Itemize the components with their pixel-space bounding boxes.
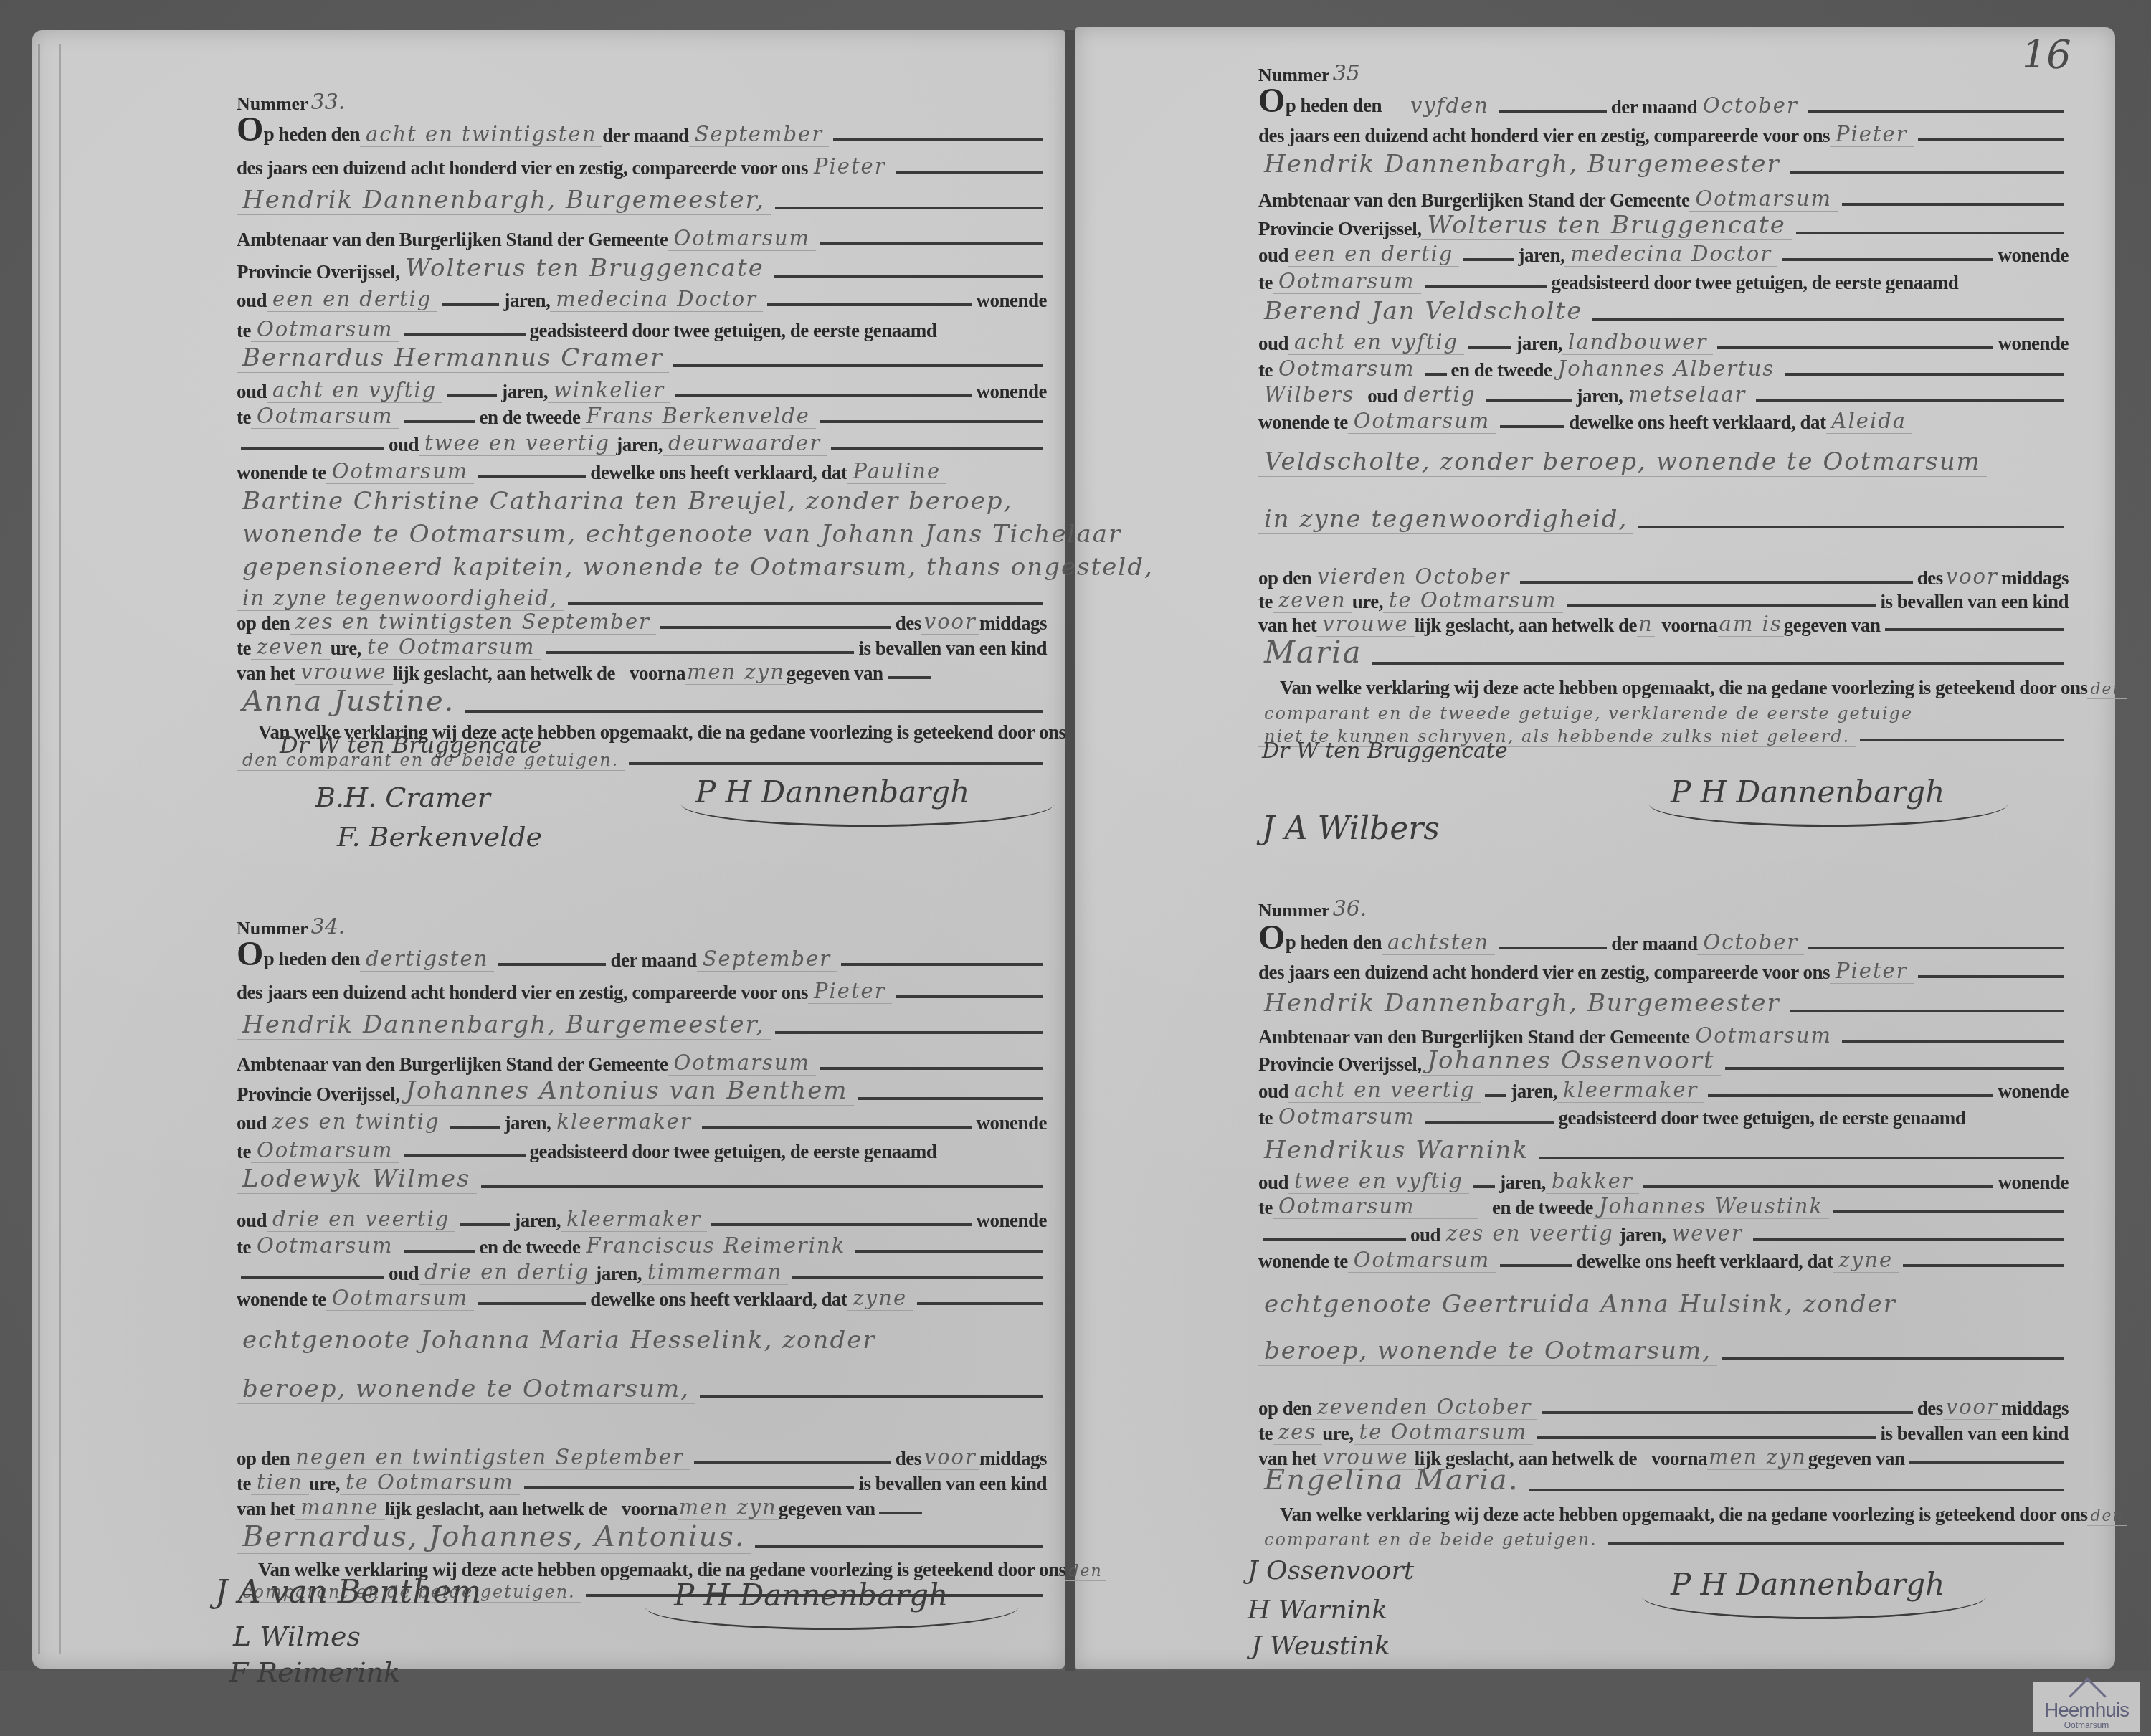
blank-rule bbox=[1520, 581, 1912, 584]
year-phrase: des jaars een duizend acht honderd vier … bbox=[1258, 962, 1830, 984]
blank-rule bbox=[1539, 1157, 2064, 1159]
geadsisteerd-label: geadsisteerd door twee getuigen, de eers… bbox=[530, 320, 937, 342]
witness2-line: te Ootmarsum en de tweede Johannes Alber… bbox=[1258, 353, 2069, 381]
witness1-age: acht en vyftig bbox=[267, 378, 442, 403]
book-gutter bbox=[1065, 30, 1075, 1672]
declaration-line: wonende te Ootmarsum dewelke ons heeft v… bbox=[237, 1282, 1047, 1311]
declaration-line: wonende te Ootmarsum dewelke ons heeft v… bbox=[1258, 1244, 2069, 1273]
child-name: Anna Justine. bbox=[237, 685, 460, 718]
wonende-label: wonende bbox=[976, 1112, 1047, 1134]
official-line: Hendrik Dannenbargh, Burgemeester bbox=[1258, 990, 2069, 1018]
official-name-title: Hendrik Dannenbargh, Burgemeester bbox=[1258, 989, 1786, 1018]
blank-rule bbox=[841, 963, 1043, 966]
blank-rule bbox=[896, 171, 1043, 174]
der-maand-label: der maand bbox=[610, 949, 696, 972]
year-line: des jaars een duizend acht honderd vier … bbox=[1258, 955, 2069, 984]
child-name-line: Anna Justine. bbox=[237, 690, 1047, 718]
witness2-age-line: oud drie en dertig jaren, timmerman bbox=[237, 1256, 1047, 1285]
statement-line-1: echtgenoote Johanna Maria Hesselink, zon… bbox=[237, 1327, 1047, 1355]
provincie-label: Provincie Overijssel, bbox=[1258, 1053, 1421, 1076]
declarant-occupation: medecina Doctor bbox=[550, 287, 763, 312]
closing-line: Van welke verklaring wij deze acte hebbe… bbox=[1258, 670, 2069, 699]
mother-first: zyne bbox=[847, 1286, 913, 1311]
child-name: Bernardus, Johannes, Antonius. bbox=[237, 1520, 751, 1554]
record-34: Nummer 34. Op heden den dertigsten der m… bbox=[237, 911, 1047, 1628]
statement-text: in zyne tegenwoordigheid, bbox=[1258, 505, 1633, 534]
blank-rule bbox=[1708, 1094, 1993, 1097]
oud-label: oud bbox=[1410, 1224, 1440, 1246]
te-label: te bbox=[237, 1236, 251, 1258]
witness1-name: Lodewyk Wilmes bbox=[237, 1165, 477, 1194]
oud-label: oud bbox=[237, 290, 267, 312]
gemeente-line: Ambtenaar van den Burgerlijken Stand der… bbox=[237, 222, 1047, 251]
statement-line-3: gepensioneerd kapitein, wonende te Ootma… bbox=[237, 554, 1047, 582]
geadsisteerd-label: geadsisteerd door twee getuigen, de eers… bbox=[530, 1141, 937, 1163]
blank-rule bbox=[896, 995, 1043, 998]
blank-rule bbox=[498, 963, 606, 966]
blank-rule bbox=[855, 1250, 1043, 1253]
birth-date-line: op den negen en twintigsten September de… bbox=[237, 1441, 1047, 1470]
witness1-occupation: landbouwer bbox=[1562, 330, 1713, 355]
op-heden-label: Op heden den bbox=[237, 113, 360, 147]
blank-rule bbox=[1717, 346, 1993, 349]
child-name-line: Engelina Maria. bbox=[1258, 1469, 2069, 1497]
de-suffix: n bbox=[1637, 612, 1655, 637]
jaren-label: jaren, bbox=[503, 290, 550, 312]
witness2-name: Johannes Weustink bbox=[1593, 1194, 1829, 1219]
signature-reimerink: F Reimerink bbox=[229, 1656, 400, 1688]
date-line: Op heden den achtsten der maand October bbox=[1258, 926, 2069, 955]
blank-rule bbox=[1909, 1461, 2064, 1464]
blank-rule bbox=[831, 447, 1043, 450]
statement-text: beroep, wonende te Ootmarsum, bbox=[237, 1375, 695, 1404]
mother-first: zyne bbox=[1833, 1248, 1899, 1273]
statement-text: echtgenoote Geertruida Anna Hulsink, zon… bbox=[1258, 1290, 1902, 1319]
record-number-line: Nummer 36. bbox=[1258, 893, 2069, 921]
blank-rule bbox=[1638, 526, 2064, 528]
child-name-line: Bernardus, Johannes, Antonius. bbox=[237, 1525, 1047, 1554]
der-maand-label: der maand bbox=[602, 125, 688, 147]
blank-rule bbox=[241, 1276, 384, 1279]
te-label: te bbox=[1258, 1197, 1273, 1219]
witness2-line: te Ootmarsum en de tweede Frans Berkenve… bbox=[237, 400, 1047, 429]
en-de-tweede-label: en de tweede bbox=[1492, 1197, 1593, 1219]
gemeente-value: Ootmarsum bbox=[668, 226, 816, 251]
witness1-age-line: oud drie en veertig jaren, kleermaker wo… bbox=[237, 1203, 1047, 1232]
op-heden-label: Op heden den bbox=[237, 937, 360, 972]
signed-by-suffix: den bbox=[2087, 680, 2127, 699]
witness2-line: te Ootmarsum en de tweede Johannes Weust… bbox=[1258, 1190, 2069, 1219]
wonende-label: wonende bbox=[1998, 245, 2069, 267]
op-heden-label: Op heden den bbox=[1258, 921, 1382, 955]
signature-weustink: J Weustink bbox=[1251, 1631, 1390, 1661]
witness2-age-line: oud twee en veertig jaren, deurwaarder bbox=[237, 427, 1047, 456]
wonende-te-label: wonende te bbox=[237, 1289, 326, 1311]
official-first-name: Pieter bbox=[1830, 122, 1914, 147]
witness2-age-line: Wilbers oud dertig jaren, metselaar bbox=[1258, 379, 2069, 407]
signature-cramer: B.H. Cramer bbox=[315, 782, 490, 813]
blank-rule bbox=[1842, 203, 2064, 206]
child-sex: manne bbox=[295, 1495, 384, 1520]
blank-rule bbox=[792, 1276, 1043, 1279]
blank-rule bbox=[1785, 373, 2064, 376]
blank-rule bbox=[1263, 1238, 1406, 1241]
birth-date-line: op den zevenden October des voor middags bbox=[1258, 1391, 2069, 1420]
witness2-name-part1: Johannes Albertus bbox=[1552, 356, 1781, 381]
witness1-line: Berend Jan Veldscholte bbox=[1258, 298, 2069, 326]
signed-by-suffix: den bbox=[1065, 1562, 1105, 1581]
gemeente-value: Ootmarsum bbox=[668, 1050, 816, 1076]
gegeven-van-label: gegeven van bbox=[1808, 1448, 1905, 1470]
signature-van-benthem: J A van Benthem bbox=[215, 1574, 481, 1611]
jaren-label: jaren, bbox=[1620, 1224, 1666, 1246]
record-36: Nummer 36. Op heden den achtsten der maa… bbox=[1258, 889, 2069, 1606]
blank-rule bbox=[820, 420, 1043, 423]
year-phrase: des jaars een duizend acht honderd vier … bbox=[237, 157, 808, 179]
blank-rule bbox=[1372, 662, 2064, 665]
date-line: Op heden den vyfden der maand October bbox=[1258, 90, 2069, 118]
blank-rule bbox=[241, 447, 384, 450]
declarant-name: Wolterus ten Bruggencate bbox=[399, 254, 769, 283]
gegeven-van-label: gegeven van bbox=[1784, 615, 1881, 637]
statement-line-1: Veldscholte, zonder beroep, wonende te O… bbox=[1258, 448, 2069, 477]
month-value: October bbox=[1697, 93, 1804, 118]
blank-rule bbox=[1790, 1010, 2064, 1012]
birth-date-line: op den zes en twintigsten September des … bbox=[237, 606, 1047, 635]
official-name-title: Hendrik Dannenbargh, Burgemeester, bbox=[237, 186, 771, 215]
birth-hour-line: te zeven ure, te Ootmarsum is bevallen v… bbox=[237, 631, 1047, 660]
record-number: 33. bbox=[311, 90, 346, 115]
te-label: te bbox=[1258, 1107, 1273, 1129]
signature-flourish bbox=[1642, 1574, 1986, 1619]
signature-ten-bruggencate: Dr W ten Bruggencate bbox=[1262, 739, 1508, 764]
blank-rule bbox=[917, 1302, 1043, 1305]
wonende-te-label: wonende te bbox=[1258, 412, 1348, 434]
signed-by-line: comparant en de beide getuigen. bbox=[1258, 1522, 2069, 1550]
statement-line-2: beroep, wonende te Ootmarsum, bbox=[237, 1375, 1047, 1404]
blank-rule bbox=[1567, 604, 1876, 607]
gegeven-van-label: gegeven van bbox=[787, 663, 883, 685]
statement-line-1: Bartine Christine Catharina ten Breujel,… bbox=[237, 488, 1047, 516]
record-35: Nummer 35 Op heden den vyfden der maand … bbox=[1258, 50, 2069, 839]
witness1-line: Bernardus Hermannus Cramer bbox=[237, 344, 1047, 373]
official-line: Hendrik Dannenbargh, Burgemeester, bbox=[237, 186, 1047, 215]
ambtenaar-label: Ambtenaar van den Burgerlijken Stand der… bbox=[237, 229, 668, 251]
provincie-label: Provincie Overijssel, bbox=[237, 1083, 399, 1106]
statement-line-1: echtgenoote Geertruida Anna Hulsink, zon… bbox=[1258, 1291, 2069, 1319]
blank-rule bbox=[1537, 1436, 1876, 1439]
witness1-age-line: oud acht en vyftig jaren, winkelier wone… bbox=[237, 374, 1047, 403]
residence-line: te Ootmarsum geadsisteerd door twee getu… bbox=[237, 313, 1047, 342]
official-name-title: Hendrik Dannenbargh, Burgemeester bbox=[1258, 150, 1786, 179]
witness1-name: Hendrikus Warnink bbox=[1258, 1136, 1534, 1165]
declarant-occupation: kleermaker bbox=[551, 1109, 697, 1134]
blank-rule bbox=[1499, 947, 1607, 949]
blank-rule bbox=[1542, 1411, 1912, 1414]
watermark-title: Heemhuis bbox=[2033, 1699, 2140, 1722]
jaren-label: jaren, bbox=[1518, 245, 1564, 267]
signature-berkenvelde: F. Berkenvelde bbox=[337, 821, 542, 853]
declarant-age: een en dertig bbox=[1288, 242, 1459, 267]
record-number: 35 bbox=[1333, 61, 1360, 86]
te-label: te bbox=[1258, 272, 1273, 294]
statement-text: wonende te Ootmarsum, echtgenoote van Jo… bbox=[237, 520, 1127, 549]
dewelke-label: dewelke ons heeft verklaard, dat bbox=[1569, 412, 1825, 434]
blank-rule bbox=[1756, 399, 2064, 402]
signed-by: comparant en de beide getuigen. bbox=[1258, 1529, 1603, 1550]
declarant-name: Johannes Ossenvoort bbox=[1421, 1046, 1720, 1076]
statement-text: beroep, wonende te Ootmarsum, bbox=[1258, 1337, 1717, 1366]
statement-text: echtgenoote Johanna Maria Hesselink, zon… bbox=[237, 1326, 882, 1355]
mother-first: Pauline bbox=[847, 459, 947, 484]
voorna-label: voorna bbox=[1651, 1448, 1707, 1470]
witness2-name: Franciscus Reimerink bbox=[581, 1233, 852, 1258]
geadsisteerd-label: geadsisteerd door twee getuigen, de eers… bbox=[1559, 1107, 1966, 1129]
witness1-occupation: kleermaker bbox=[561, 1207, 707, 1232]
te-label: te bbox=[237, 1141, 251, 1163]
oud-label: oud bbox=[1258, 333, 1288, 355]
witness2-line: te Ootmarsum en de tweede Franciscus Rei… bbox=[237, 1230, 1047, 1258]
blank-rule bbox=[546, 651, 855, 654]
signature-flourish bbox=[645, 1585, 1018, 1630]
blank-rule bbox=[1918, 975, 2064, 978]
statement-text: Bartine Christine Catharina ten Breujel,… bbox=[237, 487, 1018, 516]
statement-line-2: beroep, wonende te Ootmarsum, bbox=[1258, 1337, 2069, 1366]
blank-rule bbox=[1722, 1357, 2064, 1360]
wonende-label: wonende bbox=[1998, 333, 2069, 355]
jaren-label: jaren, bbox=[1511, 1081, 1557, 1103]
wonende-label: wonende bbox=[976, 1210, 1047, 1232]
sex-line: van het vrouwe lijk geslacht, aan hetwel… bbox=[237, 656, 1047, 685]
blank-rule bbox=[568, 602, 1043, 605]
blank-rule bbox=[1833, 1210, 2064, 1213]
witness2-name: Frans Berkenvelde bbox=[581, 404, 816, 429]
date-line: Op heden den acht en twintigsten der maa… bbox=[237, 118, 1047, 147]
declarant-name: Wolterus ten Bruggencate bbox=[1421, 211, 1791, 240]
blank-rule bbox=[1499, 110, 1607, 113]
witness2-occupation: deurwaarder bbox=[663, 431, 827, 456]
blank-rule bbox=[1842, 1040, 2064, 1043]
declarant-line: Provincie Overijssel, Wolterus ten Brugg… bbox=[1258, 212, 2069, 240]
witness1-age-line: oud twee en vyftig jaren, bakker wonende bbox=[1258, 1165, 2069, 1194]
witness1-name: Bernardus Hermannus Cramer bbox=[237, 343, 669, 373]
witness2-residence: Ootmarsum bbox=[1348, 1248, 1496, 1273]
blank-rule bbox=[481, 1185, 1043, 1188]
record-number-line: Nummer 33. bbox=[237, 86, 1047, 115]
child-name-line: Maria bbox=[1258, 642, 2069, 670]
witness1-occupation: winkelier bbox=[548, 378, 670, 403]
residence-line: te Ootmarsum geadsisteerd door twee getu… bbox=[1258, 1101, 2069, 1129]
blank-rule bbox=[1425, 285, 1547, 288]
declarant-age: een en dertig bbox=[267, 287, 437, 312]
dewelke-label: dewelke ons heeft verklaard, dat bbox=[590, 462, 847, 484]
der-maand-label: der maand bbox=[1611, 933, 1697, 955]
blank-rule bbox=[879, 1512, 922, 1514]
year-line: des jaars een duizend acht honderd vier … bbox=[237, 151, 1047, 179]
blank-rule bbox=[447, 394, 497, 397]
declarant-residence: Ootmarsum bbox=[251, 1138, 399, 1163]
record-number-line: Nummer 34. bbox=[237, 911, 1047, 939]
jaren-label: jaren, bbox=[1516, 333, 1562, 355]
signature-flourish bbox=[1649, 782, 2008, 827]
voorna-label: voorna bbox=[630, 663, 685, 685]
blank-rule bbox=[820, 242, 1043, 245]
official-line: Hendrik Dannenbargh, Burgemeester, bbox=[237, 1011, 1047, 1040]
month-value: September bbox=[689, 122, 830, 147]
wonende-te-label: wonende te bbox=[1258, 1251, 1348, 1273]
official-name-title: Hendrik Dannenbargh, Burgemeester, bbox=[237, 1010, 771, 1040]
blank-rule bbox=[1468, 346, 1511, 349]
declarant-occupation: kleermaker bbox=[1557, 1078, 1704, 1103]
blank-rule bbox=[775, 1031, 1043, 1034]
record-number: 36. bbox=[1333, 896, 1367, 921]
year-line: des jaars een duizend acht honderd vier … bbox=[237, 975, 1047, 1004]
der-maand-label: der maand bbox=[1611, 96, 1697, 118]
declarant-age: acht en veertig bbox=[1288, 1078, 1481, 1103]
witness1-residence: Ootmarsum bbox=[251, 404, 399, 429]
witness1-age: acht en vyftig bbox=[1288, 330, 1464, 355]
gemeente-value: Ootmarsum bbox=[1689, 186, 1838, 212]
blank-rule bbox=[1796, 232, 2064, 234]
blank-rule bbox=[1463, 258, 1514, 261]
blank-rule bbox=[1753, 1238, 2064, 1241]
oud-label: oud bbox=[1258, 1081, 1288, 1103]
blank-rule bbox=[694, 1461, 891, 1464]
sex-line: van het manne lijk geslacht, aan hetwelk… bbox=[237, 1491, 1047, 1520]
geadsisteerd-label: geadsisteerd door twee getuigen, de eers… bbox=[1552, 272, 1959, 294]
blank-rule bbox=[629, 762, 1043, 765]
year-phrase: des jaars een duizend acht honderd vier … bbox=[1258, 125, 1830, 147]
blank-rule bbox=[404, 420, 475, 423]
en-de-tweede-label: en de tweede bbox=[480, 407, 581, 429]
declarant-line: Provincie Overijssel, Johannes Ossenvoor… bbox=[1258, 1047, 2069, 1076]
month-value: October bbox=[1697, 930, 1804, 955]
witness1-residence: Ootmarsum bbox=[1273, 356, 1421, 381]
blank-rule bbox=[460, 1223, 510, 1226]
jaren-label: jaren, bbox=[1576, 385, 1623, 407]
sex-line: van het vrouwe lijk geslacht, aan hetwel… bbox=[1258, 608, 2069, 637]
gemeente-line: Ambtenaar van den Burgerlijken Stand der… bbox=[1258, 1020, 2069, 1048]
blank-rule bbox=[702, 1126, 972, 1129]
blank-rule bbox=[450, 1126, 500, 1129]
provincie-label: Provincie Overijssel, bbox=[237, 261, 399, 283]
date-line: Op heden den dertigsten der maand Septem… bbox=[237, 943, 1047, 972]
heemhuis-watermark: Heemhuis Ootmarsum bbox=[2033, 1682, 2140, 1732]
dewelke-label: dewelke ons heeft verklaard, dat bbox=[1576, 1251, 1833, 1273]
witness2-age: zes en veertig bbox=[1440, 1221, 1620, 1246]
voorna-suffix: men zyn bbox=[685, 660, 787, 685]
blank-rule bbox=[1808, 110, 2064, 113]
declarant-residence: Ootmarsum bbox=[251, 317, 399, 342]
blank-rule bbox=[1425, 373, 1447, 376]
month-value: September bbox=[697, 947, 837, 972]
witness2-age: drie en dertig bbox=[419, 1260, 595, 1285]
en-de-tweede-label: en de tweede bbox=[480, 1236, 581, 1258]
declarant-name: Johannes Antonius van Benthem bbox=[399, 1076, 853, 1106]
witness2-residence: Ootmarsum bbox=[326, 1286, 475, 1311]
declarant-age-line: oud zes en twintig jaren, kleermaker won… bbox=[237, 1106, 1047, 1134]
blank-rule bbox=[1485, 1094, 1506, 1097]
jaren-label: jaren, bbox=[505, 1112, 551, 1134]
signature-warnink: H Warnink bbox=[1248, 1595, 1387, 1625]
van-het-label: van het bbox=[237, 663, 295, 685]
witness1-residence: Ootmarsum bbox=[251, 1233, 399, 1258]
oud-label: oud bbox=[1367, 385, 1397, 407]
blank-rule bbox=[820, 1067, 1043, 1070]
blank-rule bbox=[465, 710, 1043, 713]
wonende-label: wonende bbox=[1998, 1081, 2069, 1103]
statement-text: gepensioneerd kapitein, wonende te Ootma… bbox=[237, 553, 1159, 582]
van-het-label: van het bbox=[237, 1498, 295, 1520]
blank-rule bbox=[1918, 138, 2064, 141]
jaren-label: jaren, bbox=[514, 1210, 561, 1232]
day-value: dertigsten bbox=[360, 947, 494, 972]
declarant-age-line: oud een en dertig jaren, medecina Doctor… bbox=[1258, 238, 2069, 267]
witness2-occupation: metselaar bbox=[1623, 382, 1752, 407]
blank-rule bbox=[755, 1545, 1043, 1548]
residence-line: te Ootmarsum geadsisteerd door twee getu… bbox=[1258, 265, 2069, 294]
wonende-label: wonende bbox=[976, 290, 1047, 312]
lijk-geslacht-label: lijk geslacht, aan hetwelk de bbox=[385, 1498, 607, 1520]
blank-rule bbox=[888, 676, 931, 679]
blank-rule bbox=[711, 1223, 972, 1226]
blank-rule bbox=[478, 1302, 586, 1305]
day-value: acht en twintigsten bbox=[360, 122, 602, 147]
voorna-suffix: am is bbox=[1718, 612, 1784, 637]
official-line: Hendrik Dannenbargh, Burgemeester bbox=[1258, 151, 2069, 179]
blank-rule bbox=[1592, 318, 2064, 321]
voorna-suffix: men zyn bbox=[678, 1495, 779, 1520]
provincie-label: Provincie Overijssel, bbox=[1258, 218, 1421, 240]
witness2-residence: Ootmarsum bbox=[326, 459, 475, 484]
blank-rule bbox=[1725, 1067, 2064, 1070]
blank-rule bbox=[1643, 1185, 1994, 1188]
wonende-te-label: wonende te bbox=[237, 462, 326, 484]
blank-rule bbox=[1903, 1264, 2064, 1267]
blank-rule bbox=[660, 626, 891, 629]
oud-label: oud bbox=[389, 434, 419, 456]
year-line: des jaars een duizend acht honderd vier … bbox=[1258, 118, 2069, 147]
te-label: te bbox=[237, 320, 251, 342]
witness2-age-line: oud zes en veertig jaren, wever bbox=[1258, 1218, 2069, 1246]
mother-first: Aleida bbox=[1826, 409, 1913, 434]
oud-label: oud bbox=[237, 1112, 267, 1134]
gemeente-value: Ootmarsum bbox=[1689, 1023, 1838, 1048]
declarant-age-line: oud een en dertig jaren, medecina Doctor… bbox=[237, 283, 1047, 312]
declarant-residence: Ootmarsum bbox=[1273, 1104, 1421, 1129]
witness2-name-part2: Wilbers bbox=[1258, 382, 1360, 407]
child-sex: vrouwe bbox=[295, 660, 392, 685]
ambtenaar-label: Ambtenaar van den Burgerlijken Stand der… bbox=[237, 1053, 668, 1076]
declaration-line: wonende te Ootmarsum dewelke ons heeft v… bbox=[237, 455, 1047, 484]
witness1-residence: Ootmarsum bbox=[1273, 1194, 1478, 1219]
voorna-label: voorna bbox=[1662, 615, 1718, 637]
witness1-name: Berend Jan Veldscholte bbox=[1258, 297, 1588, 326]
witness2-occupation: wever bbox=[1666, 1221, 1748, 1246]
blank-rule bbox=[833, 138, 1043, 141]
declaration-line: wonende te Ootmarsum dewelke ons heeft v… bbox=[1258, 405, 2069, 434]
blank-rule bbox=[767, 303, 972, 306]
blank-rule bbox=[442, 303, 499, 306]
blank-rule bbox=[858, 1097, 1043, 1100]
blank-rule bbox=[524, 1486, 855, 1489]
oud-label: oud bbox=[237, 1210, 267, 1232]
gemeente-line: Ambtenaar van den Burgerlijken Stand der… bbox=[237, 1047, 1047, 1076]
voorna-label: voorna bbox=[622, 1498, 678, 1520]
official-first-name: Pieter bbox=[1830, 959, 1914, 984]
jaren-label: jaren, bbox=[616, 434, 663, 456]
child-name: Maria bbox=[1258, 635, 1368, 670]
